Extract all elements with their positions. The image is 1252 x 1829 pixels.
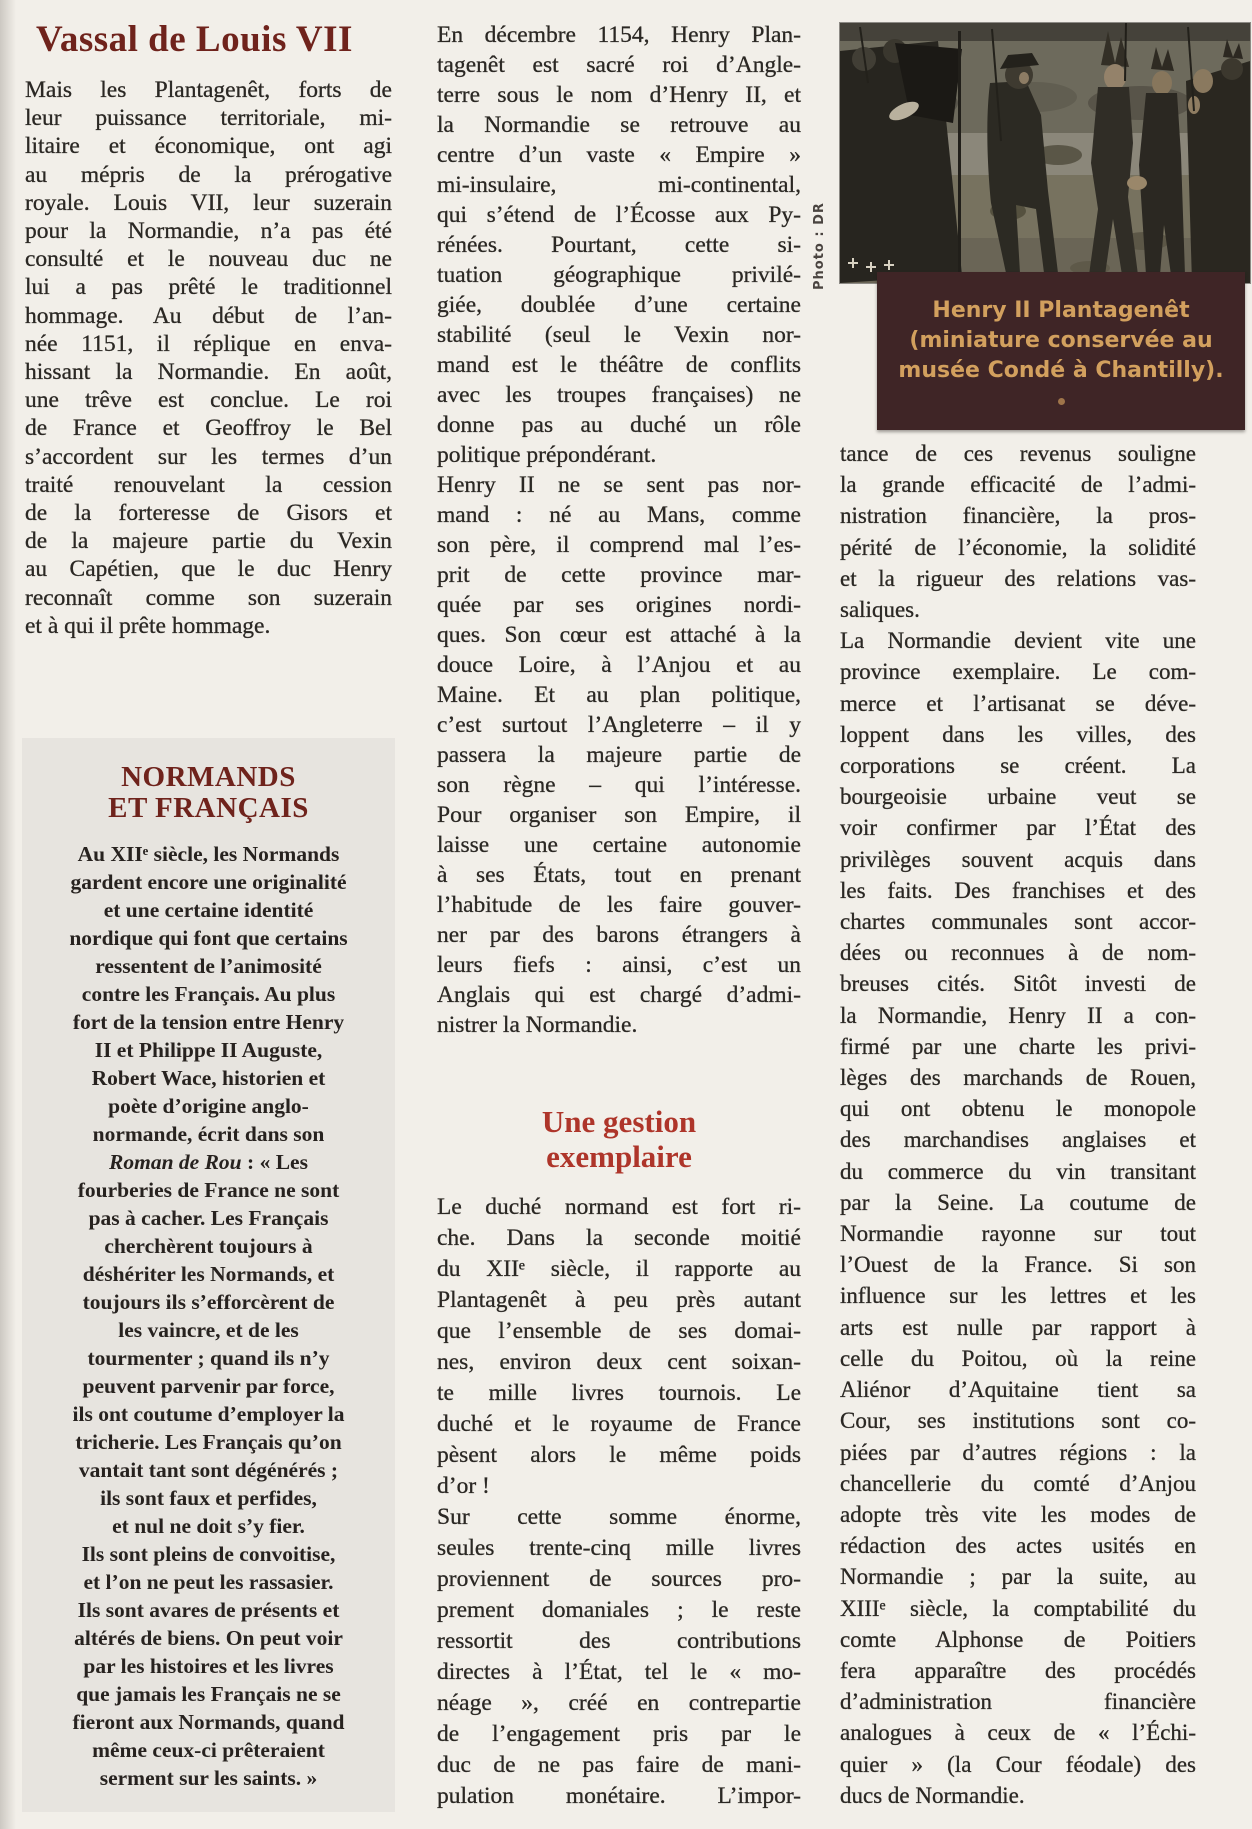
magazine-page: Vassal de Louis VII Mais les Plantagenêt… bbox=[0, 0, 1252, 1829]
paragraph: Le duché normand est fort ri-che. Dans l… bbox=[437, 1192, 801, 1502]
text-line: Aliénor d’Aquitaine tient sa bbox=[840, 1374, 1196, 1405]
text-line: l’habitude de les faire gouver- bbox=[437, 890, 801, 920]
text-line: Le duché normand est fort ri- bbox=[437, 1192, 801, 1223]
text-line: d’or ! bbox=[437, 1471, 801, 1502]
paragraph: tance de ces revenus soulignela grande e… bbox=[840, 438, 1196, 625]
left-column-text: Mais les Plantagenêt, forts deleur puiss… bbox=[25, 76, 392, 640]
text-line: passera la majeure partie de bbox=[437, 740, 801, 770]
text-line: Cour, ses institutions sont co- bbox=[840, 1405, 1196, 1436]
text-line: fort de la tension entre Henry bbox=[34, 1008, 383, 1036]
text-line: Maine. Et au plan politique, bbox=[437, 680, 801, 710]
text-line: En décembre 1154, Henry Plan- bbox=[437, 20, 801, 50]
text-line: litaire et économique, ont agi bbox=[25, 132, 392, 160]
text-line: rédaction des actes usités en bbox=[840, 1530, 1196, 1561]
middle-column-text-top: En décembre 1154, Henry Plan-tagenêt est… bbox=[437, 20, 801, 1040]
text-line: exemplaire bbox=[437, 1139, 801, 1174]
text-line: leur puissance territoriale, mi- bbox=[25, 104, 392, 132]
text-line: piées par d’autres régions : la bbox=[840, 1437, 1196, 1468]
text-line: Plantagenêt à peu près autant bbox=[437, 1285, 801, 1316]
text-line: lui a pas prêté le traditionnel bbox=[25, 273, 392, 301]
text-line: de la forteresse de Gisors et bbox=[25, 499, 392, 527]
miniature-image bbox=[840, 23, 1250, 283]
text-line: la grande efficacité de l’admi- bbox=[840, 469, 1196, 500]
text-line: Ils sont pleins de convoitise, bbox=[34, 1540, 383, 1568]
text-line: politique prépondérant. bbox=[437, 440, 801, 470]
text-line: tricherie. Les Français qu’on bbox=[34, 1428, 383, 1456]
text-line: giée, doublée d’une certaine bbox=[437, 290, 801, 320]
text-line: par les histoires et les livres bbox=[34, 1652, 383, 1680]
text-line: arts est nulle par rapport à bbox=[840, 1312, 1196, 1343]
text-line: Ils sont avares de présents et bbox=[34, 1596, 383, 1624]
text-line: cherchèrent toujours à bbox=[34, 1232, 383, 1260]
figure-caption-text: Henry II Plantagenêt(miniature conservée… bbox=[877, 296, 1245, 386]
paragraph: En décembre 1154, Henry Plan-tagenêt est… bbox=[437, 20, 801, 470]
text-line: NORMANDS bbox=[34, 762, 383, 793]
figure-caption: Henry II Plantagenêt(miniature conservée… bbox=[877, 272, 1245, 430]
text-line: mand est le théâtre de conflits bbox=[437, 350, 801, 380]
middle-column-text-bottom: Le duché normand est fort ri-che. Dans l… bbox=[437, 1192, 801, 1812]
text-line: fieront aux Normands, quand bbox=[34, 1708, 383, 1736]
text-line: et à qui il prête hommage. bbox=[25, 612, 392, 640]
text-line: prit de cette province mar- bbox=[437, 560, 801, 590]
text-line: Au XIIᵉ siècle, les Normands bbox=[34, 840, 383, 868]
text-line: son père, il comprend mal l’es- bbox=[437, 530, 801, 560]
right-column-text: tance de ces revenus soulignela grande e… bbox=[840, 438, 1196, 1811]
text-line: Roman de Rou : « Les bbox=[34, 1148, 383, 1176]
text-line: voir confirmer par l’État des bbox=[840, 812, 1196, 843]
text-line: breuses cités. Sitôt investi de bbox=[840, 968, 1196, 999]
text-line: analogues à ceux de « l’Échi- bbox=[840, 1717, 1196, 1748]
text-line: périté de l’économie, la solidité bbox=[840, 532, 1196, 563]
text-line: mand : né au Mans, comme bbox=[437, 500, 801, 530]
text-line: province exemplaire. Le com- bbox=[840, 656, 1196, 687]
text-line: la Normandie se retrouve au bbox=[437, 110, 801, 140]
text-line: mi-insulaire, mi-continental, bbox=[437, 170, 801, 200]
text-line: prement domaniales ; le reste bbox=[437, 1595, 801, 1626]
text-line: ressentent de l’animosité bbox=[34, 952, 383, 980]
text-line: par la Seine. La coutume de bbox=[840, 1187, 1196, 1218]
text-line: que l’ensemble de ses domai- bbox=[437, 1316, 801, 1347]
text-line: chartes communales sont accor- bbox=[840, 906, 1196, 937]
photo-credit: Photo : DR bbox=[812, 198, 827, 290]
text-line: consulté et le nouveau duc ne bbox=[25, 245, 392, 273]
caption-dot bbox=[1058, 398, 1065, 405]
text-line: ressortit des contributions bbox=[437, 1626, 801, 1657]
text-line: musée Condé à Chantilly). bbox=[877, 356, 1245, 386]
text-line: donne pas au duché un rôle bbox=[437, 410, 801, 440]
text-line: hommage. Au début de l’an- bbox=[25, 302, 392, 330]
text-line: centre d’un vaste « Empire » bbox=[437, 140, 801, 170]
text-line: Anglais qui est chargé d’admi- bbox=[437, 980, 801, 1010]
text-line: Normandie rayonne sur tout bbox=[840, 1218, 1196, 1249]
sidebar-box-text: Au XIIᵉ siècle, les Normandsgardent enco… bbox=[34, 840, 383, 1792]
text-line: normande, écrit dans son bbox=[34, 1120, 383, 1148]
text-line: au Capétien, que le duc Henry bbox=[25, 555, 392, 583]
text-line: et nul ne doit s’y fier. bbox=[34, 1512, 383, 1540]
text-line: influence sur les lettres et les bbox=[840, 1280, 1196, 1311]
text-line: corporations se créent. La bbox=[840, 750, 1196, 781]
text-line: à ses États, tout en prenant bbox=[437, 860, 801, 890]
text-line: déshériter les Normands, et bbox=[34, 1260, 383, 1288]
text-line: qui ont obtenu le monopole bbox=[840, 1093, 1196, 1124]
text-line: de l’engagement pris par le bbox=[437, 1719, 801, 1750]
text-line: douce Loire, à l’Anjou et au bbox=[437, 650, 801, 680]
text-line: chancellerie du comté d’Anjou bbox=[840, 1468, 1196, 1499]
text-line: dées ou reconnues à de nom- bbox=[840, 937, 1196, 968]
text-line: Mais les Plantagenêt, forts de bbox=[25, 76, 392, 104]
text-line: comte Alphonse de Poitiers bbox=[840, 1624, 1196, 1655]
text-line: terre sous le nom d’Henry II, et bbox=[437, 80, 801, 110]
text-line: rénées. Pourtant, cette si- bbox=[437, 230, 801, 260]
text-line: privilèges souvent acquis dans bbox=[840, 844, 1196, 875]
text-line: Robert Wace, historien et bbox=[34, 1064, 383, 1092]
text-line: seules trente-cinq mille livres bbox=[437, 1533, 801, 1564]
text-line: du commerce du vin transitant bbox=[840, 1156, 1196, 1187]
text-line: du XIIᵉ siècle, il rapporte au bbox=[437, 1254, 801, 1285]
paragraph: Sur cette somme énorme,seules trente-cin… bbox=[437, 1502, 801, 1812]
text-line: lèges des marchands de Rouen, bbox=[840, 1062, 1196, 1093]
text-line: directes à l’État, tel le « mo- bbox=[437, 1657, 801, 1688]
text-line: serment sur les saints. » bbox=[34, 1764, 383, 1792]
text-line: son règne – qui l’intéresse. bbox=[437, 770, 801, 800]
sidebar-box-heading: NORMANDSET FRANÇAIS bbox=[34, 762, 383, 824]
text-line: nes, environ deux cent soixan- bbox=[437, 1347, 801, 1378]
text-line: XIIIᵉ siècle, la comptabilité du bbox=[840, 1593, 1196, 1624]
text-line: même ceux-ci prêteraient bbox=[34, 1736, 383, 1764]
text-line: la Normandie, Henry II a con- bbox=[840, 1000, 1196, 1031]
text-line: pas à cacher. Les Français bbox=[34, 1204, 383, 1232]
text-line: II et Philippe II Auguste, bbox=[34, 1036, 383, 1064]
sidebar-box: NORMANDSET FRANÇAIS Au XIIᵉ siècle, les … bbox=[22, 738, 395, 1812]
text-line: tagenêt est sacré roi d’Angle- bbox=[437, 50, 801, 80]
paragraph: Mais les Plantagenêt, forts deleur puiss… bbox=[25, 76, 392, 640]
section-heading: Une gestionexemplaire bbox=[437, 1104, 801, 1174]
page-edge-shadow bbox=[0, 0, 16, 1829]
text-line: Henry II Plantagenêt bbox=[877, 296, 1245, 326]
text-line: firmé par une charte les privi- bbox=[840, 1031, 1196, 1062]
text-line: ques. Son cœur est attaché à la bbox=[437, 620, 801, 650]
text-line: c’est surtout l’Angleterre – il y bbox=[437, 710, 801, 740]
text-line: toujours ils s’efforcèrent de bbox=[34, 1288, 383, 1316]
text-line: traité renouvelant la cession bbox=[25, 471, 392, 499]
text-line: leurs fiefs : ainsi, c’est un bbox=[437, 950, 801, 980]
text-line: (miniature conservée au bbox=[877, 326, 1245, 356]
text-line: loppent dans les villes, des bbox=[840, 719, 1196, 750]
text-line: fourberies de France ne sont bbox=[34, 1176, 383, 1204]
text-line: che. Dans la seconde moitié bbox=[437, 1223, 801, 1254]
text-line: duc de ne pas faire de mani- bbox=[437, 1750, 801, 1781]
text-line: de France et Geoffroy le Bel bbox=[25, 414, 392, 442]
article-title: Vassal de Louis VII bbox=[36, 20, 392, 60]
text-line: La Normandie devient vite une bbox=[840, 625, 1196, 656]
text-line: avec les troupes françaises) ne bbox=[437, 380, 801, 410]
text-line: royale. Louis VII, leur suzerain bbox=[25, 189, 392, 217]
text-line: nistrer la Normandie. bbox=[437, 1010, 801, 1040]
text-line: Sur cette somme énorme, bbox=[437, 1502, 801, 1533]
text-line: nistration financière, la pros- bbox=[840, 500, 1196, 531]
text-line: merce et l’artisanat se déve- bbox=[840, 688, 1196, 719]
text-line: tourmenter ; quand ils n’y bbox=[34, 1344, 383, 1372]
paragraph: Henry II ne se sent pas nor-mand : né au… bbox=[437, 470, 801, 1040]
text-line: altérés de biens. On peut voir bbox=[34, 1624, 383, 1652]
text-line: vantait tant sont dégénérés ; bbox=[34, 1456, 383, 1484]
text-line: bourgeoisie urbaine veut se bbox=[840, 781, 1196, 812]
text-line: Henry II ne se sent pas nor- bbox=[437, 470, 801, 500]
text-line: néage », créé en contrepartie bbox=[437, 1688, 801, 1719]
text-line: gardent encore une originalité bbox=[34, 868, 383, 896]
text-line: que jamais les Français ne se bbox=[34, 1680, 383, 1708]
text-line: s’accordent sur les termes d’un bbox=[25, 443, 392, 471]
paragraph: La Normandie devient vite uneprovince ex… bbox=[840, 625, 1196, 1811]
text-line: pour la Normandie, n’a pas été bbox=[25, 217, 392, 245]
text-line: ils sont faux et perfides, bbox=[34, 1484, 383, 1512]
text-line: pèsent alors le même poids bbox=[437, 1440, 801, 1471]
text-line: et la rigueur des relations vas- bbox=[840, 563, 1196, 594]
text-line: des marchandises anglaises et bbox=[840, 1124, 1196, 1155]
text-line: les faits. Des franchises et des bbox=[840, 875, 1196, 906]
text-line: tuation géographique privilé- bbox=[437, 260, 801, 290]
text-line: qui s’étend de l’Écosse aux Py- bbox=[437, 200, 801, 230]
text-line: quier » (la Cour féodale) des bbox=[840, 1749, 1196, 1780]
text-line: l’Ouest de la France. Si son bbox=[840, 1249, 1196, 1280]
text-line: et une certaine identité bbox=[34, 896, 383, 924]
text-line: les vaincre, et de les bbox=[34, 1316, 383, 1344]
text-line: saliques. bbox=[840, 594, 1196, 625]
text-line: reconnaît comme son suzerain bbox=[25, 584, 392, 612]
text-line: celle du Poitou, où la reine bbox=[840, 1343, 1196, 1374]
text-line: quée par ses origines nordi- bbox=[437, 590, 801, 620]
text-line: tance de ces revenus souligne bbox=[840, 438, 1196, 469]
text-line: hissant la Normandie. En août, bbox=[25, 358, 392, 386]
text-line: de la majeure partie du Vexin bbox=[25, 527, 392, 555]
text-line: contre les Français. Au plus bbox=[34, 980, 383, 1008]
text-line: poète d’origine anglo- bbox=[34, 1092, 383, 1120]
text-line: ducs de Normandie. bbox=[840, 1780, 1196, 1811]
text-line: ner par des barons étrangers à bbox=[437, 920, 801, 950]
text-line: proviennent de sources pro- bbox=[437, 1564, 801, 1595]
text-line: d’administration financière bbox=[840, 1686, 1196, 1717]
text-line: Normandie ; par la suite, au bbox=[840, 1561, 1196, 1592]
text-line: laisse une certaine autonomie bbox=[437, 830, 801, 860]
text-line: une trêve est conclue. Le roi bbox=[25, 386, 392, 414]
text-line: Une gestion bbox=[437, 1104, 801, 1139]
text-line: te mille livres tournois. Le bbox=[437, 1378, 801, 1409]
text-line: duché et le royaume de France bbox=[437, 1409, 801, 1440]
text-line: fera apparaître des procédés bbox=[840, 1655, 1196, 1686]
text-line: et l’on ne peut les rassasier. bbox=[34, 1568, 383, 1596]
text-line: pulation monétaire. L’impor- bbox=[437, 1781, 801, 1812]
text-line: nordique qui font que certains bbox=[34, 924, 383, 952]
text-line: peuvent parvenir par force, bbox=[34, 1372, 383, 1400]
text-line: stabilité (seul le Vexin nor- bbox=[437, 320, 801, 350]
text-line: Pour organiser son Empire, il bbox=[437, 800, 801, 830]
text-line: ET FRANÇAIS bbox=[34, 793, 383, 824]
text-line: ils ont coutume d’employer la bbox=[34, 1400, 383, 1428]
text-line: adopte très vite les modes de bbox=[840, 1499, 1196, 1530]
text-line: au mépris de la prérogative bbox=[25, 161, 392, 189]
text-line: née 1151, il réplique en enva- bbox=[25, 330, 392, 358]
